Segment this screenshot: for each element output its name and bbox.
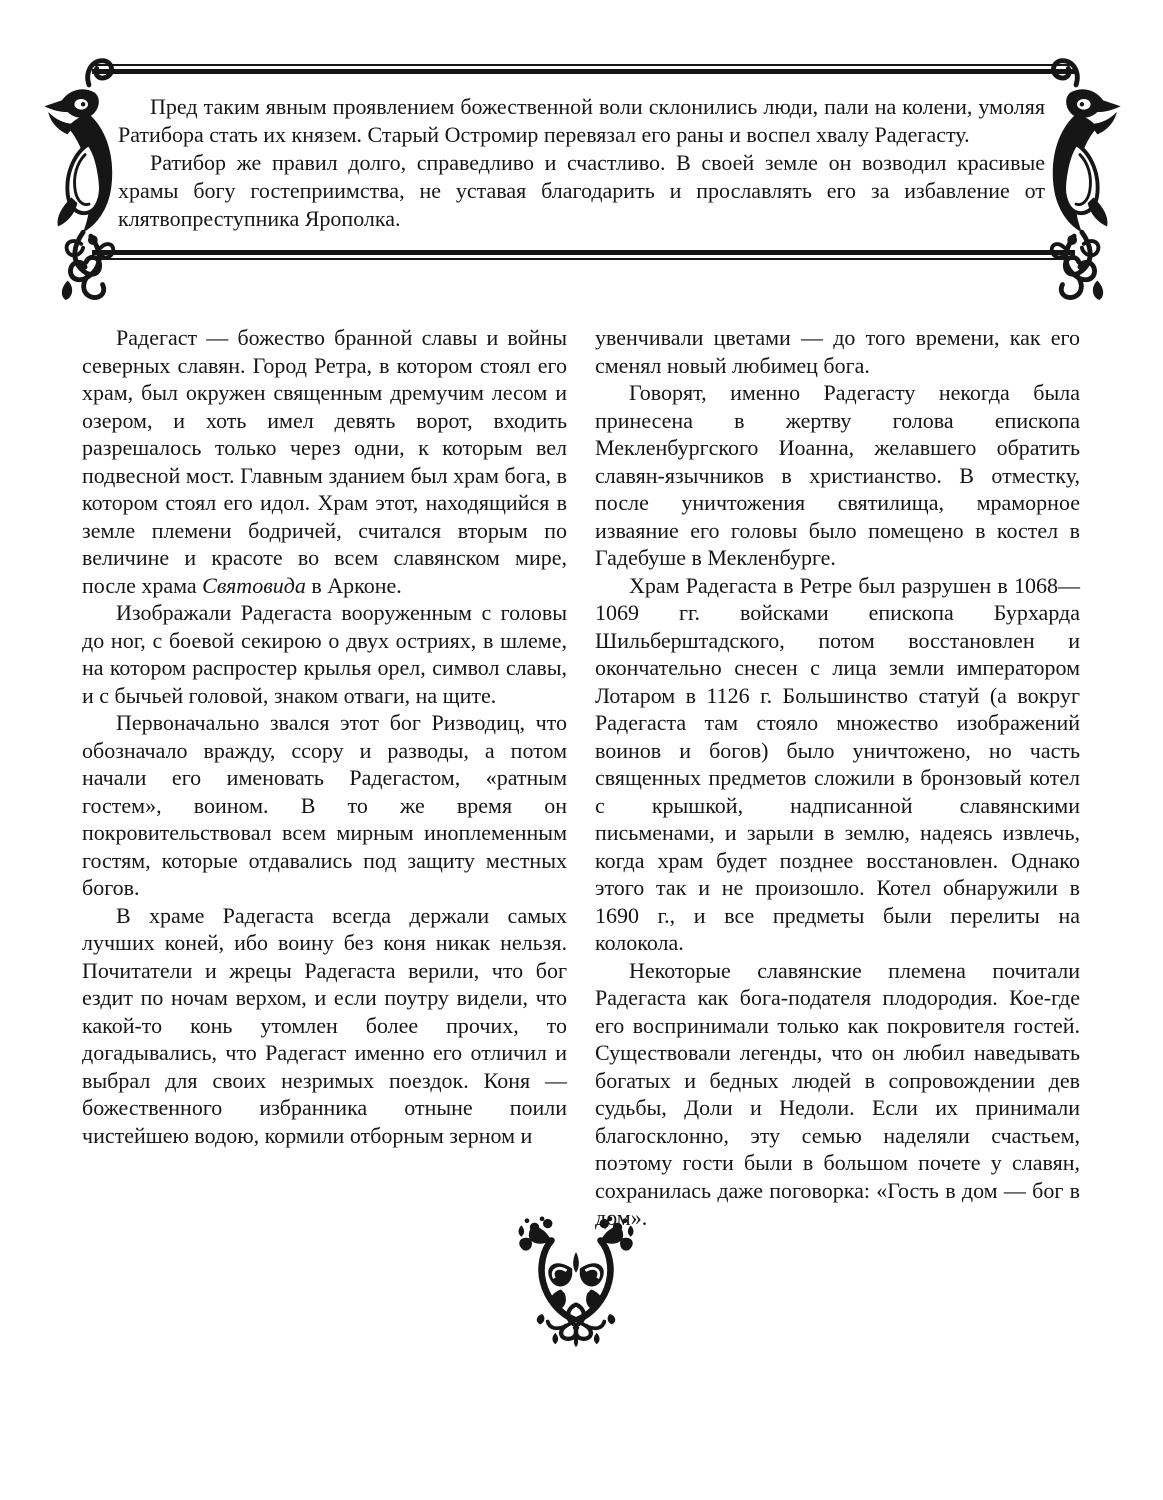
paragraph: Первоначально звался этот бог Ризводиц, … [82,709,567,902]
paragraph: Радегаст — божество бранной славы и войн… [82,324,567,599]
book-page: Пред таким явным проявлением божественно… [0,0,1163,1500]
body-columns: Радегаст — божество бранной славы и войн… [82,324,1080,1232]
paragraph: В храме Радегаста всегда держали самых л… [82,902,567,1150]
floral-tailpiece-icon [500,1216,652,1348]
paragraph: Некоторые славянские племена почитали Ра… [595,957,1080,1232]
paragraph: Храм Радегаста в Ретре был разрушен в 10… [595,572,1080,957]
paragraph: Говорят, именно Радегасту некогда была п… [595,379,1080,572]
knotwork-bird-icon-left [38,50,136,302]
header-text: Пред таким явным проявлением божественно… [92,74,1075,250]
paragraph: Пред таким явным проявлением божественно… [118,93,1045,149]
knotwork-bird-icon-right [1029,50,1127,302]
paragraph: увенчивали цветами — до того времени, ка… [595,324,1080,379]
right-column: увенчивали цветами — до того времени, ка… [595,324,1080,1232]
paragraph: Ратибор же правил долго, справедливо и с… [118,149,1045,233]
header-box: Пред таким явным проявлением божественно… [92,64,1075,260]
header-bottom-rule [92,250,1075,260]
header-top-rule [92,64,1075,74]
paragraph: Изображали Радегаста вооруженным с голов… [82,599,567,709]
left-column: Радегаст — божество бранной славы и войн… [82,324,567,1232]
